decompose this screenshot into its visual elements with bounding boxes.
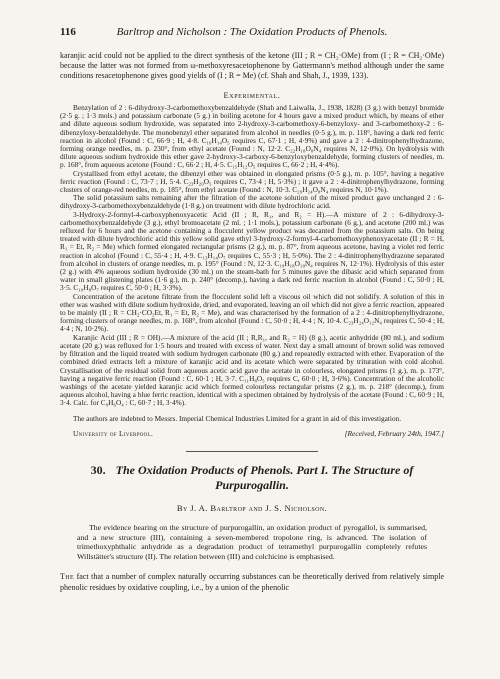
article-abstract: The evidence bearing on the structure of… [77, 523, 427, 561]
opening-text: fact that a number of complex naturally … [60, 572, 444, 592]
article-byline: By J. A. Barltrop and J. S. Nicholson. [60, 503, 444, 513]
received-date: [Received, February 24th, 1947.] [345, 429, 444, 438]
experimental-paragraph: 3-Hydroxy-2-formyl-4-carboxyphenoxyaceti… [60, 211, 444, 293]
experimental-paragraph: The solid potassium salts remaining afte… [60, 194, 444, 210]
article-header: 30.The Oxidation Products of Phenols. Pa… [74, 463, 430, 493]
article-number: 30. [91, 463, 106, 477]
experimental-paragraph: Benzylation of 2 : 6-dihydroxy-3-carbome… [60, 104, 444, 170]
experimental-paragraph: Crystallised from ethyl acetate, the dib… [60, 170, 444, 195]
opening-lead-word: The [60, 572, 74, 581]
running-header: 116 Barltrop and Nicholson : The Oxidati… [60, 26, 444, 39]
article-title: The Oxidation Products of Phenols. Part … [116, 463, 414, 492]
acknowledgment-paragraph: The authors are indebted to Messrs. Impe… [60, 415, 444, 424]
intro-paragraph: karanjic acid could not be applied to th… [60, 51, 444, 81]
affiliation: University of Liverpool. [73, 429, 153, 438]
experimental-paragraph: Karanjic Acid (III ; R = OH).—A mixture … [60, 334, 444, 408]
page-number: 116 [60, 26, 76, 39]
affiliation-line: University of Liverpool. [Received, Febr… [60, 429, 444, 438]
experimental-section: Experimental. Benzylation of 2 : 6-dihyd… [60, 90, 444, 408]
experimental-heading: Experimental. [60, 90, 444, 100]
article-opening-paragraph: The fact that a number of complex natura… [60, 572, 444, 593]
experimental-paragraph: Concentration of the acetone filtrate fr… [60, 293, 444, 334]
journal-page: 116 Barltrop and Nicholson : The Oxidati… [0, 0, 500, 593]
section-divider [186, 451, 318, 452]
running-title: Barltrop and Nicholson : The Oxidation P… [117, 26, 388, 38]
